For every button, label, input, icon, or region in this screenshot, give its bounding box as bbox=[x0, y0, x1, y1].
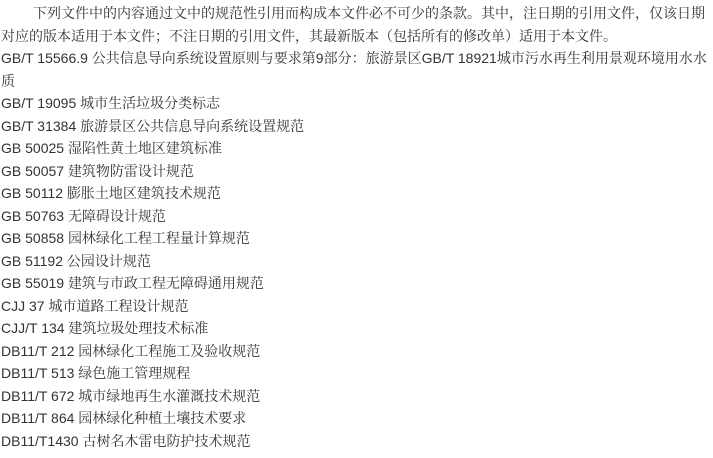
reference-line: GB 50112 膨胀土地区建筑技术规范 bbox=[1, 182, 713, 205]
reference-line: CJJ/T 134 建筑垃圾处理技术标准 bbox=[1, 317, 713, 340]
reference-line: GB 50025 湿陷性黄土地区建筑标准 bbox=[1, 137, 713, 160]
reference-line: CJJ 37 城市道路工程设计规范 bbox=[1, 295, 713, 318]
reference-line: DB11/T 672 城市绿地再生水灌溉技术规范 bbox=[1, 385, 713, 408]
reference-line: GB/T 19095 城市生活垃圾分类标志 bbox=[1, 92, 713, 115]
intro-paragraph-line: 对应的版本适用于本文件；不注日期的引用文件，其最新版本（包括所有的修改单）适用于… bbox=[1, 25, 713, 48]
reference-line: GB 51192 公园设计规范 bbox=[1, 250, 713, 273]
reference-line: GB 50763 无障碍设计规范 bbox=[1, 205, 713, 228]
reference-line-wrap: 质 bbox=[1, 70, 713, 93]
reference-line: GB 55019 建筑与市政工程无障碍通用规范 bbox=[1, 272, 713, 295]
reference-line: DB11/T 864 园林绿化种植土壤技术要求 bbox=[1, 407, 713, 430]
document-page: 下列文件中的内容通过文中的规范性引用而构成本文件必不可少的条款。其中，注日期的引… bbox=[0, 0, 713, 458]
reference-line: GB/T 31384 旅游景区公共信息导向系统设置规范 bbox=[1, 115, 713, 138]
reference-line: DB11/T 513 绿色施工管理规程 bbox=[1, 362, 713, 385]
reference-line: DB11/T 212 园林绿化工程施工及验收规范 bbox=[1, 340, 713, 363]
intro-paragraph-line: 下列文件中的内容通过文中的规范性引用而构成本文件必不可少的条款。其中，注日期的引… bbox=[1, 2, 713, 25]
reference-line: DB11/T1430 古树名木雷电防护技术规范 bbox=[1, 430, 713, 453]
reference-line: GB 50057 建筑物防雷设计规范 bbox=[1, 160, 713, 183]
reference-line: GB 50858 园林绿化工程工程量计算规范 bbox=[1, 227, 713, 250]
reference-line: GB/T 15566.9 公共信息导向系统设置原则与要求第9部分：旅游景区GB/… bbox=[1, 47, 713, 70]
